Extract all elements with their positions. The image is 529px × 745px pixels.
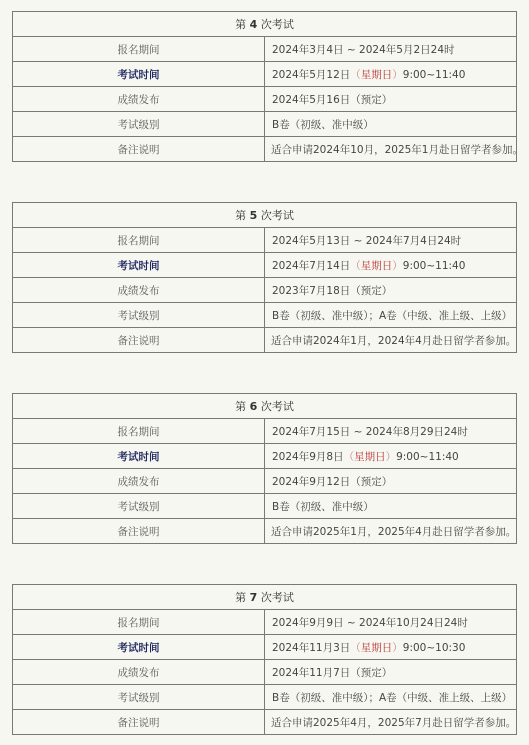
label-registration: 报名期间 [13, 419, 265, 444]
value-results: 2024年5月16日（预定） [265, 87, 517, 112]
title-suffix: 次考试 [261, 400, 294, 413]
exam-title: 第 7 次考试 [13, 585, 517, 610]
label-level: 考试级别 [13, 685, 265, 710]
label-registration: 报名期间 [13, 228, 265, 253]
paren-open: （ [344, 451, 355, 463]
table-row-notes: 备注说明 适合申请2024年10月，2025年1月赴日留学者参加。 [13, 137, 517, 162]
label-exam-time: 考试时间 [13, 62, 265, 87]
title-prefix: 第 [235, 591, 246, 604]
paren-close: ） [392, 69, 403, 81]
label-exam-time: 考试时间 [13, 635, 265, 660]
paren-close: ） [392, 260, 403, 272]
exam-number: 6 [250, 400, 258, 413]
table-header-row: 第 6 次考试 [13, 394, 517, 419]
table-row-notes: 备注说明 适合申请2025年1月，2025年4月赴日留学者参加。 [13, 519, 517, 544]
value-notes: 适合申请2025年1月，2025年4月赴日留学者参加。 [265, 519, 517, 544]
title-prefix: 第 [235, 400, 246, 413]
exam-title: 第 6 次考试 [13, 394, 517, 419]
paren-close: ） [386, 451, 397, 463]
value-level: B卷（初级、准中级） [265, 112, 517, 137]
label-notes: 备注说明 [13, 137, 265, 162]
paren-open: （ [350, 260, 361, 272]
value-results: 2024年9月12日（预定） [265, 469, 517, 494]
weekday: 星期日 [361, 69, 393, 81]
label-level: 考试级别 [13, 303, 265, 328]
value-notes: 适合申请2024年1月，2024年4月赴日留学者参加。 [265, 328, 517, 353]
exam-date: 2024年11月3日 [272, 642, 350, 654]
weekday: 星期日 [354, 451, 386, 463]
table-row-exam-time: 考试时间 2024年5月12日（星期日）9:00~11:40 [13, 62, 517, 87]
table-row-results: 成绩发布 2024年5月16日（预定） [13, 87, 517, 112]
label-notes: 备注说明 [13, 519, 265, 544]
value-exam-time: 2024年7月14日（星期日）9:00~11:40 [265, 253, 517, 278]
value-exam-time: 2024年9月8日（星期日）9:00~11:40 [265, 444, 517, 469]
exam-date: 2024年9月8日 [272, 451, 344, 463]
label-registration: 报名期间 [13, 610, 265, 635]
table-row-exam-time: 考试时间 2024年9月8日（星期日）9:00~11:40 [13, 444, 517, 469]
value-registration: 2024年5月13日 ~ 2024年7月4日24时 [265, 228, 517, 253]
exam-title: 第 4 次考试 [13, 12, 517, 37]
title-suffix: 次考试 [261, 209, 294, 222]
table-row-results: 成绩发布 2023年7月18日（预定） [13, 278, 517, 303]
table-row-level: 考试级别 B卷（初级、准中级）；A卷（中级、准上级、上级） [13, 685, 517, 710]
exam-table-5: 第 5 次考试 报名期间 2024年5月13日 ~ 2024年7月4日24时 考… [12, 202, 517, 353]
table-row-exam-time: 考试时间 2024年7月14日（星期日）9:00~11:40 [13, 253, 517, 278]
exam-date: 2024年5月12日 [272, 69, 350, 81]
paren-close: ） [392, 642, 403, 654]
label-results: 成绩发布 [13, 87, 265, 112]
weekday: 星期日 [361, 260, 393, 272]
label-results: 成绩发布 [13, 469, 265, 494]
label-notes: 备注说明 [13, 328, 265, 353]
table-row-notes: 备注说明 适合申请2025年4月，2025年7月赴日留学者参加。 [13, 710, 517, 735]
table-row-registration: 报名期间 2024年3月4日 ~ 2024年5月2日24时 [13, 37, 517, 62]
table-row-level: 考试级别 B卷（初级、准中级） [13, 494, 517, 519]
value-notes: 适合申请2024年10月，2025年1月赴日留学者参加。 [265, 137, 517, 162]
exam-hours: 9:00~11:40 [403, 69, 466, 81]
value-level: B卷（初级、准中级）；A卷（中级、准上级、上级） [265, 685, 517, 710]
table-row-level: 考试级别 B卷（初级、准中级） [13, 112, 517, 137]
value-registration: 2024年3月4日 ~ 2024年5月2日24时 [265, 37, 517, 62]
weekday: 星期日 [361, 642, 393, 654]
label-registration: 报名期间 [13, 37, 265, 62]
value-results: 2024年11月7日（预定） [265, 660, 517, 685]
exam-hours: 9:00~10:30 [403, 642, 466, 654]
title-suffix: 次考试 [261, 18, 294, 31]
exam-number: 4 [250, 18, 258, 31]
title-prefix: 第 [235, 18, 246, 31]
table-header-row: 第 4 次考试 [13, 12, 517, 37]
exam-hours: 9:00~11:40 [403, 260, 466, 272]
value-level: B卷（初级、准中级）；A卷（中级、准上级、上级） [265, 303, 517, 328]
title-prefix: 第 [235, 209, 246, 222]
label-results: 成绩发布 [13, 660, 265, 685]
exam-number: 7 [250, 591, 258, 604]
table-row-registration: 报名期间 2024年7月15日 ~ 2024年8月29日24时 [13, 419, 517, 444]
exam-hours: 9:00~11:40 [396, 451, 459, 463]
exam-number: 5 [250, 209, 258, 222]
table-row-exam-time: 考试时间 2024年11月3日（星期日）9:00~10:30 [13, 635, 517, 660]
paren-open: （ [350, 642, 361, 654]
exam-table-6: 第 6 次考试 报名期间 2024年7月15日 ~ 2024年8月29日24时 … [12, 393, 517, 544]
label-results: 成绩发布 [13, 278, 265, 303]
value-results: 2023年7月18日（预定） [265, 278, 517, 303]
table-row-registration: 报名期间 2024年9月9日 ~ 2024年10月24日24时 [13, 610, 517, 635]
table-row-notes: 备注说明 适合申请2024年1月，2024年4月赴日留学者参加。 [13, 328, 517, 353]
label-level: 考试级别 [13, 494, 265, 519]
table-row-results: 成绩发布 2024年11月7日（预定） [13, 660, 517, 685]
value-level: B卷（初级、准中级） [265, 494, 517, 519]
label-exam-time: 考试时间 [13, 253, 265, 278]
value-registration: 2024年7月15日 ~ 2024年8月29日24时 [265, 419, 517, 444]
value-exam-time: 2024年5月12日（星期日）9:00~11:40 [265, 62, 517, 87]
paren-open: （ [350, 69, 361, 81]
exam-table-7: 第 7 次考试 报名期间 2024年9月9日 ~ 2024年10月24日24时 … [12, 584, 517, 735]
exam-table-4: 第 4 次考试 报名期间 2024年3月4日 ~ 2024年5月2日24时 考试… [12, 11, 517, 162]
exam-title: 第 5 次考试 [13, 203, 517, 228]
table-row-level: 考试级别 B卷（初级、准中级）；A卷（中级、准上级、上级） [13, 303, 517, 328]
title-suffix: 次考试 [261, 591, 294, 604]
label-level: 考试级别 [13, 112, 265, 137]
value-notes: 适合申请2025年4月，2025年7月赴日留学者参加。 [265, 710, 517, 735]
table-row-registration: 报名期间 2024年5月13日 ~ 2024年7月4日24时 [13, 228, 517, 253]
table-header-row: 第 7 次考试 [13, 585, 517, 610]
value-registration: 2024年9月9日 ~ 2024年10月24日24时 [265, 610, 517, 635]
value-exam-time: 2024年11月3日（星期日）9:00~10:30 [265, 635, 517, 660]
table-header-row: 第 5 次考试 [13, 203, 517, 228]
label-notes: 备注说明 [13, 710, 265, 735]
exam-date: 2024年7月14日 [272, 260, 350, 272]
table-row-results: 成绩发布 2024年9月12日（预定） [13, 469, 517, 494]
label-exam-time: 考试时间 [13, 444, 265, 469]
